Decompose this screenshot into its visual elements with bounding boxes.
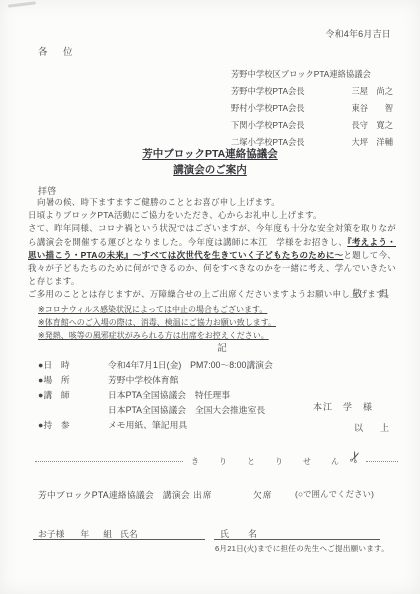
covid-notes: ※コロナウィルス感染状況によっては中止の場合もございます。 ※体育館へのご入場の… — [38, 303, 276, 343]
body-paragraph-2: 日頃よりブロックPTA活動にご協力をいただき、心からお礼申し上げます。 — [28, 209, 396, 222]
lecturer-name: 本江 学 様 — [313, 400, 373, 413]
child-info-write-line — [33, 539, 205, 540]
reply-absent-option: 欠席 — [253, 488, 273, 501]
body-paragraph-1: 向暑の候、時下ますますご健勝のこととお喜び申し上げます。 — [28, 196, 396, 209]
detail-value: メモ用紙、筆記用具 — [108, 418, 187, 433]
body-paragraph-3: さて、昨年同様、コロナ禍という状況ではございますが、今年度も十分な安全対策を取り… — [28, 222, 396, 288]
closing-keigu: 敬 具 — [352, 286, 393, 300]
sender-name: 三屋 尚之 — [352, 83, 394, 100]
detail-row-place: ●場 所 芳野中学校体育館 — [38, 373, 398, 388]
details-end-ijou: 以 上 — [354, 421, 393, 434]
reply-circle-instruction: (○で囲んでください) — [295, 488, 374, 500]
detail-row-bring: ●持 参 メモ用紙、筆記用具 — [38, 418, 398, 433]
scan-smudge-artifact — [8, 1, 36, 7]
document-title: 芳中ブロックPTA連絡協議会 講演会のご案内 — [0, 146, 420, 178]
detail-label: ●日 時 — [38, 358, 90, 373]
cut-here-line: き り と り せ ん ✂ — [35, 454, 398, 468]
detail-label: ●持 参 — [38, 418, 90, 433]
reply-attend-option: 出席 — [193, 488, 213, 501]
submission-deadline: 6月21日(火)までに担任の先生へご提出願います。 — [215, 543, 389, 554]
document-title-line1: 芳中ブロックPTA連絡協議会 — [142, 148, 278, 160]
detail-label: ●講 師 — [38, 388, 90, 403]
dotted-line-left — [35, 461, 183, 462]
detail-label — [38, 403, 90, 418]
addressee: 各 位 — [38, 44, 76, 58]
detail-value: 芳野中学校体育館 — [108, 373, 178, 388]
body-paragraph-4: ご多用のこととは存じますが、万障繰合せの上ご出席くださいますようお願い申し上げま… — [28, 288, 396, 301]
dotted-line-right — [366, 461, 398, 462]
letter-body: 向暑の候、時下ますますご健勝のこととお喜び申し上げます。 日頃よりブロックPTA… — [28, 196, 396, 302]
sender-title: 下関小学校PTA会長 — [231, 117, 305, 134]
sender-name: 長守 寛之 — [352, 117, 394, 134]
covid-note-1: ※コロナウィルス感染状況によっては中止の場合もございます。 — [38, 303, 276, 316]
body-paragraph-3-pre: さて、昨年同様、コロナ禍という状況ではございますが、今年度も十分な安全対策を取り… — [28, 223, 396, 246]
reply-slip-title: 芳中ブロックPTA連絡協議会 講演会 — [38, 488, 190, 501]
detail-label: ●場 所 — [38, 373, 90, 388]
covid-note-2: ※体育館へのご入場の際は、消毒、検温にご協力お願い致します。 — [38, 316, 276, 329]
detail-value: 令和4年7月1日(金) PM7:00～8:00講演会 — [108, 358, 273, 373]
detail-value: 日本PTA全国協議会 特任理事 — [108, 388, 230, 403]
sender-block: 芳野中学校区ブロックPTA連絡協議会 芳野中学校PTA会長 三屋 尚之 野村小学… — [231, 66, 393, 151]
sender-row: 下関小学校PTA会長 長守 寛之 — [231, 117, 393, 134]
detail-value: 日本PTA全国協議会 全国大会推進室長 — [108, 403, 265, 418]
sender-name: 東谷 智 — [352, 100, 394, 117]
record-marker-ki: 記 — [0, 340, 420, 354]
sender-org: 芳野中学校区ブロックPTA連絡協議会 — [231, 66, 393, 83]
sender-title: 芳野中学校PTA会長 — [231, 83, 305, 100]
sender-title: 野村小学校PTA会長 — [231, 100, 305, 117]
parent-name-write-line — [214, 539, 380, 540]
sender-row: 野村小学校PTA会長 東谷 智 — [231, 100, 393, 117]
cut-here-label: き り と り せ ん — [183, 456, 349, 467]
sender-org-name: 芳野中学校区ブロックPTA連絡協議会 — [231, 66, 371, 83]
scanned-letter-page: 令和4年6月吉日 各 位 芳野中学校区ブロックPTA連絡協議会 芳野中学校PTA… — [0, 0, 420, 594]
event-details-list: ●日 時 令和4年7月1日(金) PM7:00～8:00講演会 ●場 所 芳野中… — [38, 358, 398, 433]
detail-row-datetime: ●日 時 令和4年7月1日(金) PM7:00～8:00講演会 — [38, 358, 398, 373]
sender-row: 芳野中学校PTA会長 三屋 尚之 — [231, 83, 393, 100]
letter-date: 令和4年6月吉日 — [325, 27, 391, 40]
document-title-line2: 講演会のご案内 — [173, 164, 247, 176]
